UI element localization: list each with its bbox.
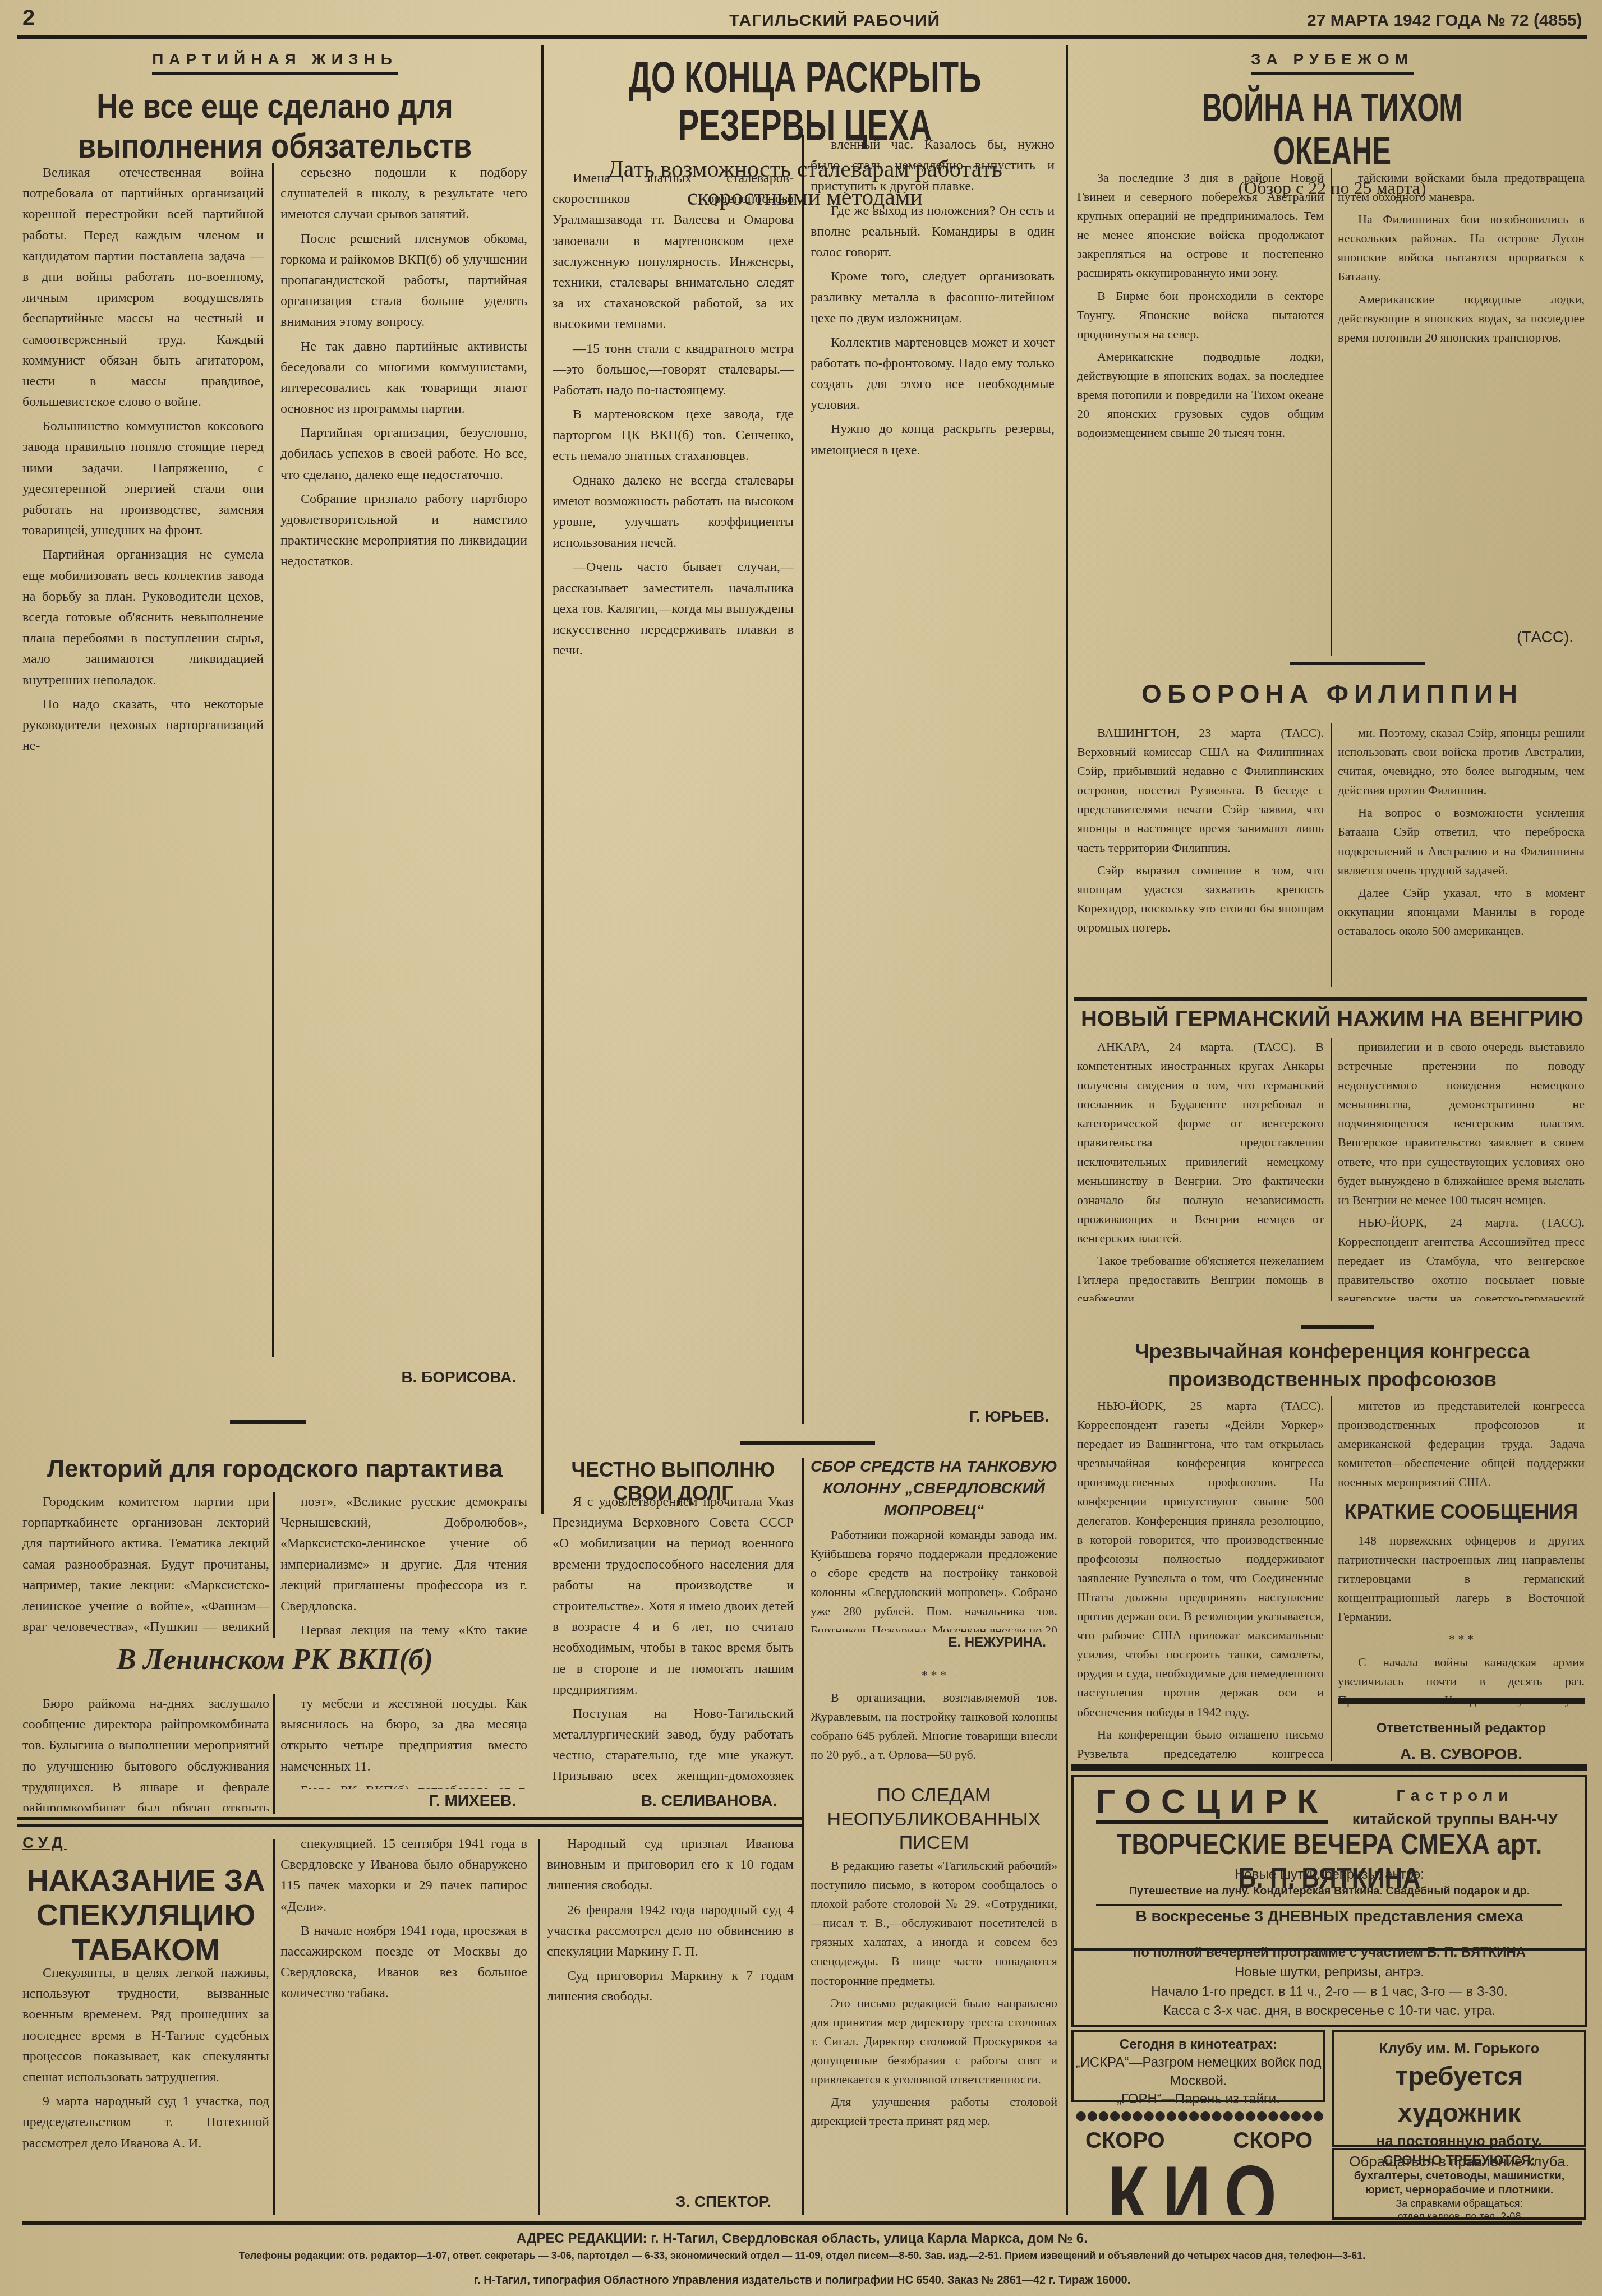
headline: НОВЫЙ ГЕРМАНСКИЙ НАЖИМ НА ВЕНГРИЮ — [1077, 1007, 1587, 1032]
club-ad: Клубу им. М. Горького требуется художник… — [1332, 2030, 1586, 2147]
divider — [541, 45, 544, 1514]
editorial-phones: Телефоны редакции: отв. редактор—1-07, о… — [22, 2250, 1582, 2262]
article-body: Городским комитетом партии при горпартка… — [22, 1492, 269, 1638]
article-body: привилегии и в свою очередь выставило вс… — [1338, 1038, 1585, 1301]
cinema-ad: Сегодня в кинотеатрах: „ИСКРА“—Разгром н… — [1071, 2030, 1325, 2102]
rubric: ПАРТИЙНАЯ ЖИЗНЬ — [152, 50, 398, 75]
separator — [1096, 1904, 1562, 1906]
circus-schedule: по полной вечерней программе с участием … — [1074, 1943, 1585, 2021]
signature: Г. МИХЕЕВ. — [280, 1792, 516, 1810]
article-body: поэт», «Великие русские демократы Черныш… — [280, 1492, 527, 1638]
circus-tour: Гастроли китайской труппы ВАН-ЧУ — [1337, 1784, 1573, 1831]
article-body: Бюро райкома на-днях заслушало сообщение… — [22, 1694, 269, 1811]
separator — [740, 1441, 875, 1445]
headline: Не все еще сделано для выполнения обязат… — [61, 86, 490, 167]
divider — [538, 1839, 540, 2215]
article-body: Работники пожарной команды завода им. Ку… — [811, 1525, 1057, 1632]
divider — [272, 163, 274, 1357]
divider — [273, 1492, 275, 1638]
headline: В Ленинском РК ВКП(б) — [22, 1643, 527, 1676]
kio-ad: ●●●●●●●●●●●●●●●●●●●●●●●●●●●●●●●●● СКОРОС… — [1074, 2103, 1324, 2215]
separator — [17, 1824, 802, 1827]
separator — [1290, 662, 1425, 665]
signature: В. СЕЛИВАНОВА. — [553, 1792, 777, 1810]
article-body: В редакцию газеты «Тагильский рабочий» п… — [811, 1856, 1057, 2215]
divider — [1331, 1038, 1332, 1301]
headline: Лекторий для городского партактива — [22, 1455, 527, 1483]
circus-sunday: В воскресенье 3 ДНЕВНЫХ представления см… — [1074, 1907, 1585, 1925]
divider — [1331, 723, 1332, 987]
article-body: вленный час. Казалось бы, нужно было ста… — [811, 135, 1055, 1396]
headline: ВОЙНА НА ТИХОМ ОКЕАНЕ — [1148, 86, 1516, 173]
article-body: спекуляцией. 15 сентября 1941 года в Све… — [280, 1834, 527, 2215]
headline: НАКАЗАНИЕ ЗА СПЕКУЛЯЦИЮ ТАБАКОМ — [22, 1863, 269, 1967]
signature: В. БОРИСОВА. — [280, 1368, 516, 1386]
article-body: митетов из представителей конгресса прои… — [1338, 1396, 1585, 1497]
jobs-text: СРОЧНО ТРЕБУЮТСЯ: бухгалтеры, счетоводы,… — [1334, 2150, 1584, 2220]
separator — [1338, 1698, 1585, 1704]
court-article: СУД НАКАЗАНИЕ ЗА СПЕКУЛЯЦИЮ ТАБАКОМ — [22, 1834, 269, 1967]
article-body: тайскими войсками была предотвращена пут… — [1338, 168, 1585, 623]
party-life-article: ПАРТИЙНАЯ ЖИЗНЬ Не все еще сделано для в… — [22, 50, 527, 167]
rubric: ЗА РУБЕЖОМ — [1251, 50, 1414, 75]
circus-ad-cont: по полной вечерней программе с участием … — [1071, 1943, 1587, 2027]
headline: КРАТКИЕ СООБЩЕНИЯ — [1338, 1500, 1585, 1524]
article-body: серьезно подошли к подбору слушателей в … — [280, 163, 527, 1307]
rubric: СУД — [22, 1834, 269, 1852]
masthead: ТАГИЛЬСКИЙ РАБОЧИЙ — [729, 11, 940, 30]
editor-block: Ответственный редактор А. В. СУВОРОВ. — [1338, 1716, 1585, 1769]
divider — [802, 1458, 804, 2215]
divider — [1331, 168, 1332, 656]
headline: ОБОРОНА ФИЛИППИН — [1077, 679, 1587, 709]
page-number: 2 — [22, 6, 35, 31]
separator — [1301, 1325, 1374, 1329]
separator — [230, 1420, 306, 1424]
article-body: ВАШИНГТОН, 23 марта (ТАСС). Верховный ко… — [1077, 723, 1324, 987]
headline: ПО СЛЕДАМ НЕОПУБЛИКОВАННЫХ ПИСЕМ — [811, 1783, 1057, 1855]
article-body: Имена знатных сталеваров-скоростников ор… — [553, 168, 794, 1424]
divider — [1331, 1396, 1332, 1761]
article-body: АНКАРА, 24 марта. (ТАСС). В компетентных… — [1077, 1038, 1324, 1301]
printer-info: г. Н-Тагил, типография Областного Управл… — [22, 2274, 1582, 2287]
footer-rule — [22, 2221, 1582, 2225]
article-body: * * * В организации, возглавляемой тов. … — [811, 1666, 1057, 1761]
cinema-text: Сегодня в кинотеатрах: „ИСКРА“—Разгром н… — [1074, 2032, 1323, 2109]
header-rule — [17, 35, 1587, 39]
article-body: За последние 3 дня в районе Новой Гвинеи… — [1077, 168, 1324, 656]
signature: Г. ЮРЬЕВ. — [811, 1408, 1049, 1426]
source: (ТАСС). — [1338, 628, 1573, 646]
article-body: ми. Поэтому, сказал Сэйр, японцы решили … — [1338, 723, 1585, 987]
separator — [1071, 1764, 1587, 1771]
circus-ad: ГОСЦИРК Гастроли китайской труппы ВАН-ЧУ… — [1071, 1775, 1587, 1951]
article-body: 148 норвежских офицеров и других патриот… — [1338, 1531, 1585, 1716]
signature: З. СПЕКТОР. — [547, 2193, 771, 2211]
editorial-address: АДРЕС РЕДАКЦИИ: г. Н-Тагил, Свердловская… — [22, 2231, 1582, 2247]
divider — [802, 135, 804, 1424]
article-body: НЬЮ-ЙОРК, 25 марта (ТАСС). Корреспондент… — [1077, 1396, 1324, 1761]
signature: Е. НЕЖУРИНА. — [811, 1635, 1046, 1650]
jobs-ad: СРОЧНО ТРЕБУЮТСЯ: бухгалтеры, счетоводы,… — [1332, 2148, 1586, 2220]
divider — [273, 1839, 275, 2215]
dots-border: ●●●●●●●●●●●●●●●●●●●●●●●●●●●●●●●●● — [1074, 2103, 1324, 2128]
headline: Чрезвычайная конференция конгресса произ… — [1094, 1338, 1571, 1394]
separator — [17, 1817, 802, 1820]
article-body: Великая отечественная война потребовала … — [22, 163, 264, 1352]
circus-title: ГОСЦИРК — [1096, 1782, 1328, 1824]
divider — [1066, 45, 1068, 2215]
article-body: Спекулянты, в целях легкой наживы, испол… — [22, 1963, 269, 2210]
kio-name: КИО — [1099, 2154, 1299, 2215]
separator — [1074, 997, 1587, 1001]
article-body: Народный суд признал Иванова виновным и … — [547, 1834, 794, 2159]
headline: СБОР СРЕДСТВ НА ТАНКОВУЮ КОЛОННУ „СВЕРДЛ… — [811, 1455, 1057, 1522]
dateline: 27 МАРТА 1942 ГОДА № 72 (4855) — [1307, 11, 1582, 30]
circus-lines: Новые шутки, репризы, антрэ: Путешествие… — [1074, 1866, 1585, 1899]
article-body: ту мебели и жестяной посуды. Как выяснил… — [280, 1694, 527, 1789]
article-body: Я с удовлетворением прочитала Указ Прези… — [553, 1492, 794, 1783]
divider — [273, 1694, 275, 1814]
editor-label: Ответственный редактор — [1338, 1716, 1585, 1740]
